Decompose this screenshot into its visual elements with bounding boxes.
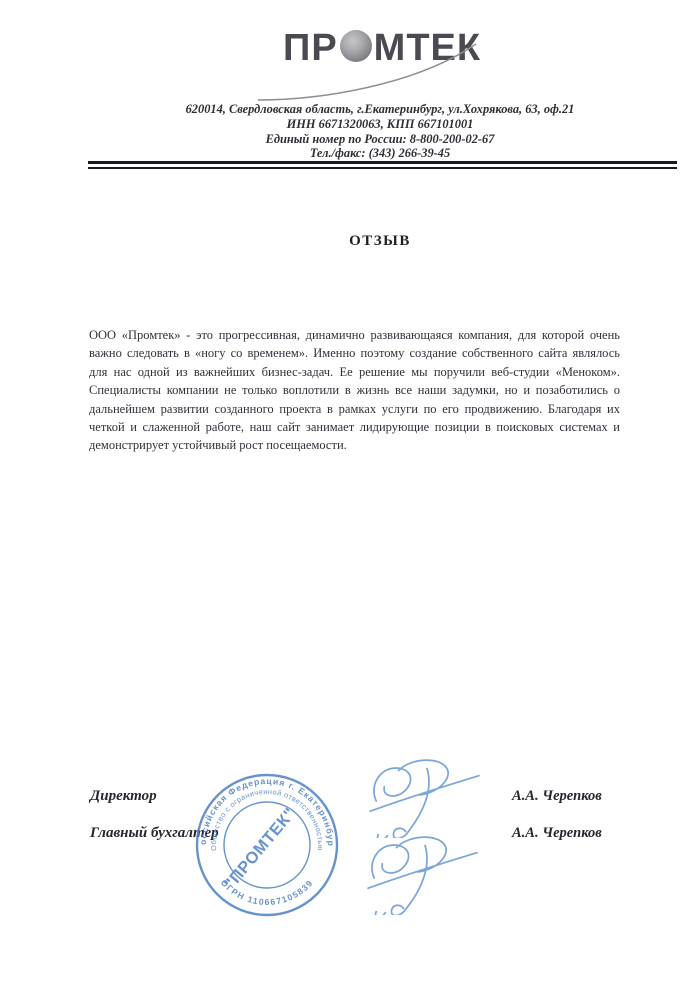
letterhead-divider xyxy=(88,161,677,169)
body-line: Специалисты компании не только воплотили… xyxy=(89,381,620,399)
address-line: 620014, Свердловская область, г.Екатерин… xyxy=(45,102,700,117)
phone-line-federal: Единый номер по России: 8-800-200-02-67 xyxy=(45,132,700,147)
body-line: четкой и слаженной работе, наш сайт зани… xyxy=(89,418,620,436)
document-title: ОТЗЫВ xyxy=(349,233,411,250)
body-line: важно следовать в «ногу со временем». Им… xyxy=(89,344,620,362)
company-stamp: Российская Федерация г. Екатеринбург Общ… xyxy=(189,767,345,923)
body-line: для нас одной из важнейших бизнес-задач.… xyxy=(89,363,620,381)
inn-kpp-line: ИНН 6671320063, КПП 667101001 xyxy=(45,117,700,132)
director-signature-icon xyxy=(363,756,485,838)
chief-accountant-signature-icon xyxy=(361,833,483,915)
phone-fax-line: Тел./факс: (343) 266-39-45 xyxy=(45,146,700,161)
scanned-letter-page: ПРМТЕК 620014, Свердловская область, г.Е… xyxy=(0,0,700,990)
signer-name-director: А.А. Черепков xyxy=(512,788,602,805)
letterhead-address: 620014, Свердловская область, г.Екатерин… xyxy=(45,102,700,161)
stamp-center-text: "ПРОМТЕК" xyxy=(221,804,299,893)
body-line: дальнейшем развитии созданного проекта в… xyxy=(89,400,620,418)
signer-name-chief-accountant: А.А. Черепков xyxy=(512,825,602,842)
body-paragraph: ООО «Промтек» - это прогрессивная, динам… xyxy=(89,326,620,455)
position-director: Директор xyxy=(90,788,157,805)
body-line: ООО «Промтек» - это прогрессивная, динам… xyxy=(89,326,620,344)
logo-swoosh-icon xyxy=(256,40,480,104)
body-line: демонстрирует устойчивый рост посещаемос… xyxy=(89,436,620,454)
